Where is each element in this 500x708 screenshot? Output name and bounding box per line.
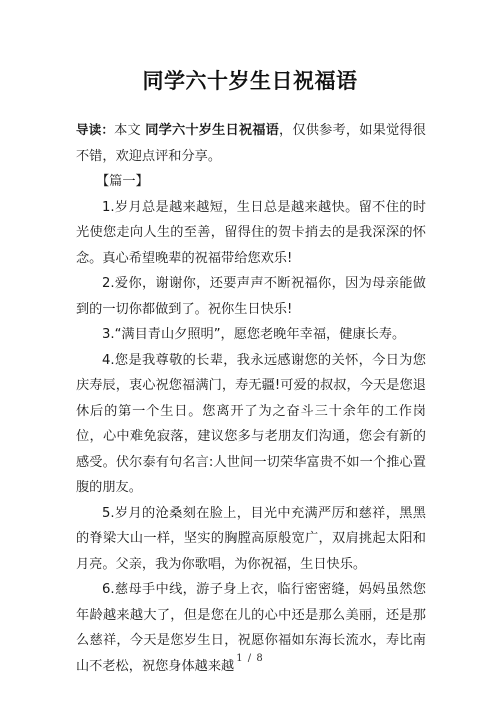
blessing-paragraph-5: 5.岁月的沧桑刻在脸上，目光中充满严厉和慈祥，黑黑的脊梁大山一样，坚实的胸膛高原… xyxy=(76,501,426,578)
page-title: 同学六十岁生日祝福语 xyxy=(0,66,500,96)
page-number: 1 / 8 xyxy=(0,653,500,664)
document-body: 导读：本文 同学六十岁生日祝福语，仅供参考，如果觉得很不错，欢迎点评和分享。 【… xyxy=(76,117,426,679)
blessing-paragraph-3: 3.“满目青山夕照明”，愿您老晚年幸福，健康长寿。 xyxy=(76,322,426,348)
section-heading: 【篇一】 xyxy=(76,169,426,195)
document-page: 同学六十岁生日祝福语 导读：本文 同学六十岁生日祝福语，仅供参考，如果觉得很不错… xyxy=(0,0,500,708)
blessing-paragraph-2: 2.爱你，谢谢你，还要声声不断祝福你，因为母亲能做到的一切你都做到了。祝你生日快… xyxy=(76,271,426,322)
lead-bold-title: 同学六十岁生日祝福语 xyxy=(145,123,279,138)
lead-paragraph: 导读：本文 同学六十岁生日祝福语，仅供参考，如果觉得很不错，欢迎点评和分享。 xyxy=(76,117,426,169)
lead-label: 导读： xyxy=(76,122,114,137)
blessing-paragraph-1: 1.岁月总是越来越短，生日总是越来越快。留不住的时光使您走向人生的至善，留得住的… xyxy=(76,195,426,272)
lead-prefix: 本文 xyxy=(114,123,145,138)
blessing-paragraph-4: 4.您是我尊敬的长辈，我永远感谢您的关怀，今日为您庆寿辰，衷心祝您福满门，寿无疆… xyxy=(76,348,426,501)
